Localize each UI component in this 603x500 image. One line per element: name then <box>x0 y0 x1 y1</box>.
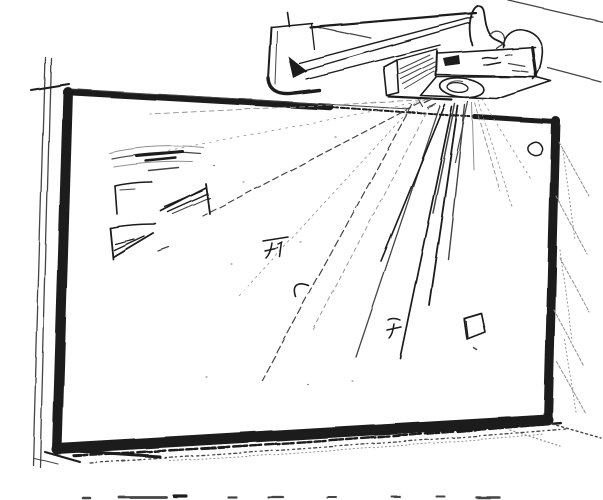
wall-line-behind-projector <box>548 68 601 82</box>
mounting-arm <box>299 13 476 79</box>
whiteboard-surface <box>64 98 550 442</box>
cutoff-text-fragments <box>83 496 500 498</box>
projector-end-cap <box>384 60 399 96</box>
bracket-joint-arrow <box>288 56 307 78</box>
whiteboard <box>45 89 601 462</box>
wall-corner-line <box>508 0 603 22</box>
projector-panel-details <box>443 54 528 72</box>
projector <box>384 6 601 108</box>
projector-fin <box>470 6 504 45</box>
whiteboard-projector-sketch <box>0 0 603 500</box>
sketch-page <box>0 0 603 500</box>
